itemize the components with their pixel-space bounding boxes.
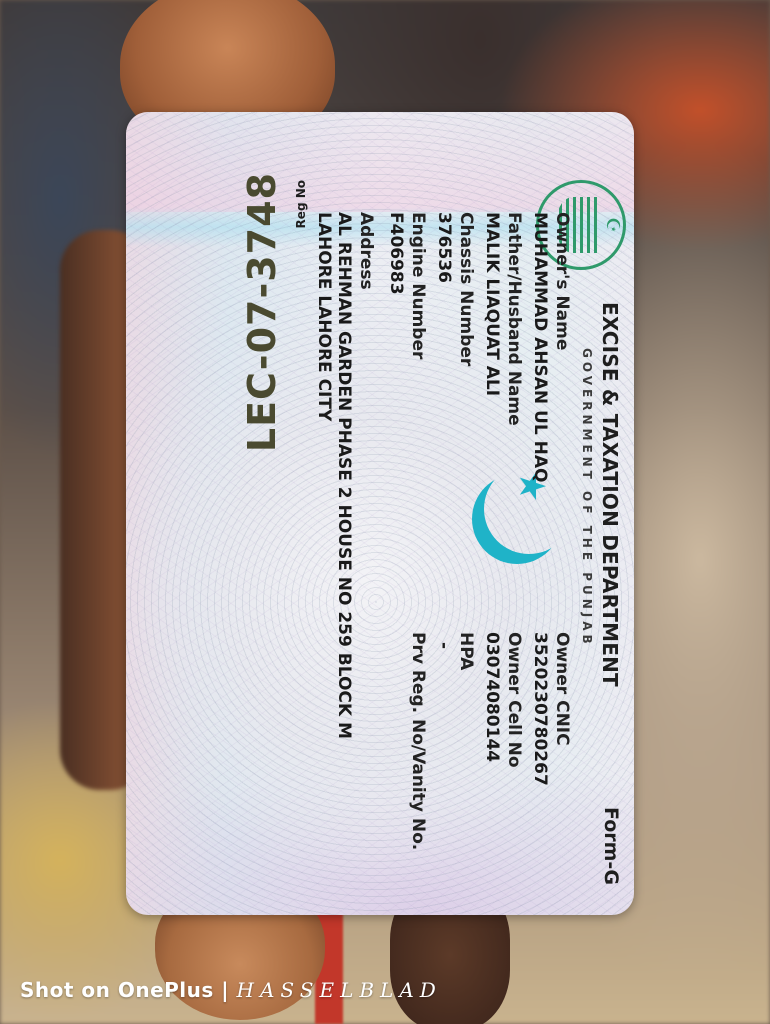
address-label: Address [356, 212, 376, 290]
father-name-value: MALIK LIAQUAT ALI [482, 212, 502, 396]
form-type: Form-G [600, 807, 622, 885]
owner-name-value: MUHAMMAD AHSAN UL HAQ [530, 212, 550, 482]
address-line2: LAHORE LAHORE CITY [314, 212, 334, 421]
engine-label: Engine Number [408, 212, 428, 359]
card-content: ☪ EXCISE & TAXATION DEPARTMENT GOVERNMEN… [126, 112, 634, 915]
owner-cnic-value: 3520230780267 [530, 632, 550, 786]
camera-watermark: Shot on OnePlus | HASSELBLAD [20, 978, 442, 1002]
engine-value: F406983 [386, 212, 406, 295]
owner-cell-value: 03074080144 [482, 632, 502, 762]
prv-reg-label: Prv Reg. No/Vanity No. [408, 632, 428, 850]
owner-cnic-label: Owner CNIC [552, 632, 572, 746]
reg-no-value: LEC-07-3748 [240, 172, 284, 452]
address-line1: AL REHMAN GARDEN PHASE 2 HOUSE NO 259 BL… [334, 212, 354, 739]
owner-cell-label: Owner Cell No [504, 632, 524, 768]
reg-no-label: Reg No [294, 180, 308, 228]
father-name-label: Father/Husband Name [504, 212, 524, 426]
watermark-prefix: Shot on OnePlus | [20, 978, 237, 1002]
watermark-brand: HASSELBLAD [237, 978, 442, 1002]
crescent-small-icon: ☪ [602, 217, 623, 233]
hpa-value: - [434, 642, 454, 649]
hpa-label: HPA [456, 632, 476, 670]
crescent-star-icon: ★ [474, 464, 574, 564]
owner-name-label: Owner's Name [552, 212, 572, 350]
vehicle-registration-card: ☪ EXCISE & TAXATION DEPARTMENT GOVERNMEN… [126, 112, 634, 915]
chassis-value: 376536 [434, 212, 454, 283]
chassis-label: Chassis Number [456, 212, 476, 366]
department-title: EXCISE & TAXATION DEPARTMENT [598, 302, 622, 687]
government-subtitle: GOVERNMENT OF THE PUNJAB [580, 348, 594, 648]
